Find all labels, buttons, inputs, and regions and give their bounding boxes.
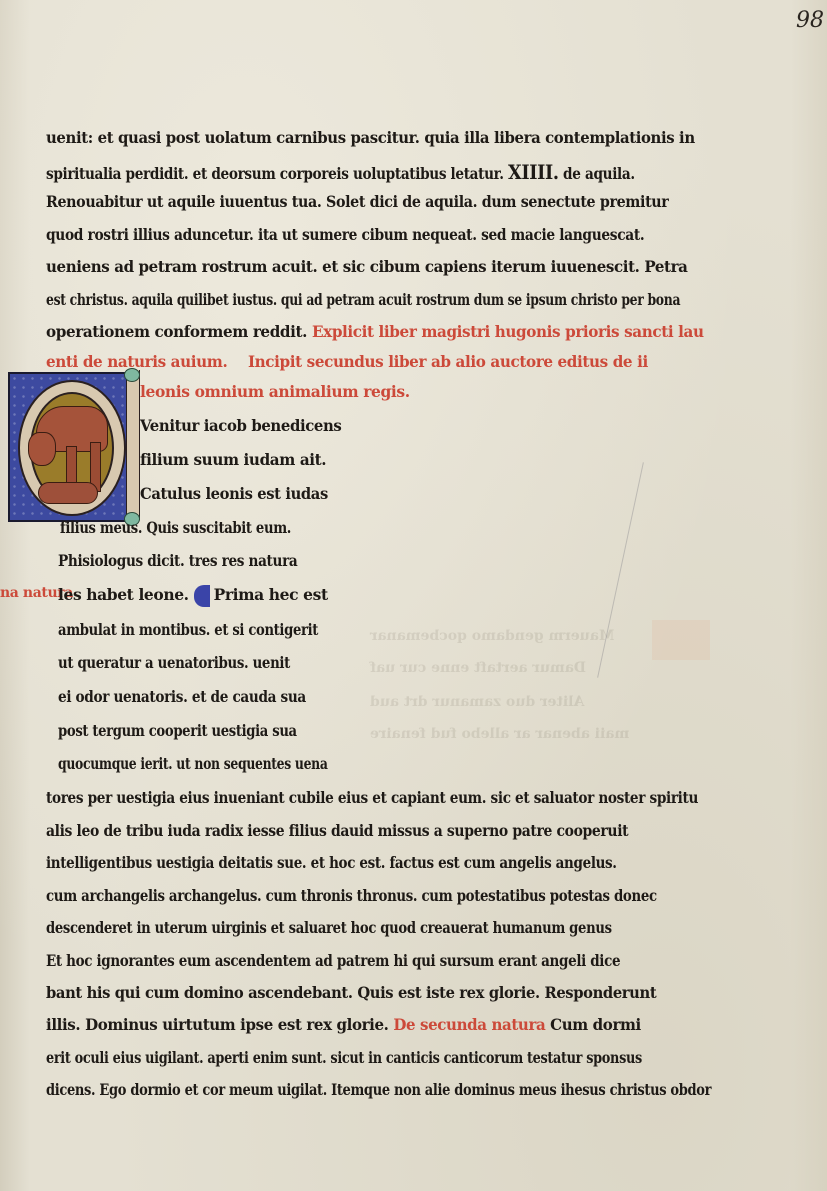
rubric-incipit: Incipit secundus liber ab alio auctore e… bbox=[248, 352, 648, 371]
text-line: Phisiologus dicit. tres res natura bbox=[58, 551, 297, 570]
quis-est-phrase: Quis est iste rex glorie. Responderunt bbox=[357, 983, 656, 1002]
text-line: tores per uestigia eius inueniant cubile… bbox=[46, 788, 698, 807]
text-line: est christus. aquila quilibet iustus. qu… bbox=[46, 290, 680, 309]
text-line: quocumque ierit. ut non sequentes uena bbox=[58, 754, 328, 773]
text-span: Cum dormi bbox=[545, 1015, 640, 1034]
historiated-initial bbox=[8, 372, 132, 522]
show-through-text: maii abenar ar allebo fud fenaire bbox=[370, 726, 629, 742]
rubric-line: leonis omnium animalium regis. bbox=[140, 382, 410, 401]
text-line: ambulat in montibus. et si contigerit bbox=[58, 620, 318, 639]
text-line: erit oculi eius uigilant. aperti enim su… bbox=[46, 1048, 642, 1067]
text-span: operationem conformem reddit. bbox=[46, 322, 307, 341]
petra-word: Petra bbox=[644, 257, 687, 276]
rubric-de-secunda-natura: De secunda natura bbox=[393, 1015, 545, 1034]
text-line: Et hoc ignorantes eum ascendentem ad pat… bbox=[46, 951, 620, 970]
blue-paraph-icon bbox=[194, 585, 210, 607]
text-line: spiritualia perdidit. et deorsum corpore… bbox=[46, 160, 635, 184]
chapter-heading: de aquila. bbox=[559, 164, 635, 183]
text-line: les habet leone. Prima hec est bbox=[58, 585, 328, 607]
text-span: ueniens ad petram rostrum acuit. et sic … bbox=[46, 257, 639, 276]
text-line: intelligentibus uestigia deitatis sue. e… bbox=[46, 853, 617, 872]
text-line: operationem conformem reddit. Explicit l… bbox=[46, 322, 704, 341]
text-span: illis. Dominus uirtutum ipse est rex glo… bbox=[46, 1015, 388, 1034]
lion-head bbox=[28, 432, 56, 466]
text-line: uenit: et quasi post uolatum carnibus pa… bbox=[46, 128, 695, 147]
lion-cub bbox=[38, 482, 98, 504]
text-line: Renouabitur ut aquile iuuentus tua. Sole… bbox=[46, 192, 668, 211]
text-line: filius meus. Quis suscitabit eum. bbox=[60, 518, 291, 537]
text-line: filium suum iudam ait. bbox=[140, 450, 326, 469]
text-line: illis. Dominus uirtutum ipse est rex glo… bbox=[46, 1015, 641, 1034]
leaf-ornament-icon bbox=[124, 368, 140, 382]
rubric-number: XIIII. bbox=[508, 160, 559, 184]
text-line: bant his qui cum domino ascendebant. Qui… bbox=[46, 983, 656, 1002]
folio-number: 98 bbox=[796, 8, 824, 33]
text-line: ut queratur a uenatoribus. uenit bbox=[58, 653, 290, 672]
show-through-text: Mauerm gendamo qocbemanar bbox=[370, 628, 614, 644]
prima-phrase: Prima hec est bbox=[214, 585, 328, 604]
text-line: Catulus leonis est iudas bbox=[140, 484, 328, 503]
text-line: ei odor uenatoris. et de cauda sua bbox=[58, 687, 306, 706]
rubric-explicit: Explicit liber magistri hugonis prioris … bbox=[312, 322, 704, 341]
show-through-text: Aliter duo zamanur drt aud bbox=[370, 694, 584, 710]
show-through-initial bbox=[652, 620, 710, 660]
text-line: cum archangelis archangelus. cum thronis… bbox=[46, 886, 657, 905]
text-line: quod rostri illius aduncetur. ita ut sum… bbox=[46, 225, 644, 244]
text-line: alis leo de tribu iuda radix iesse filiu… bbox=[46, 821, 628, 840]
pencil-mark bbox=[597, 462, 644, 677]
text-span: les habet leone. bbox=[58, 585, 189, 604]
text-span: spiritualia perdidit. et deorsum corpore… bbox=[46, 164, 504, 183]
text-line: dicens. Ego dormio et cor meum uigilat. … bbox=[46, 1080, 711, 1099]
text-line: descenderet in uterum uirginis et saluar… bbox=[46, 918, 612, 937]
text-line: Venitur iacob benedicens bbox=[140, 416, 341, 435]
text-span: enti de naturis auium. bbox=[46, 352, 227, 371]
initial-stem bbox=[126, 370, 140, 520]
text-span: bant his qui cum domino ascendebant. bbox=[46, 983, 353, 1002]
text-line: post tergum cooperit uestigia sua bbox=[58, 721, 297, 740]
show-through-text: Damur aertaft enne cur uaf bbox=[370, 660, 586, 676]
text-line: ueniens ad petram rostrum acuit. et sic … bbox=[46, 257, 687, 276]
